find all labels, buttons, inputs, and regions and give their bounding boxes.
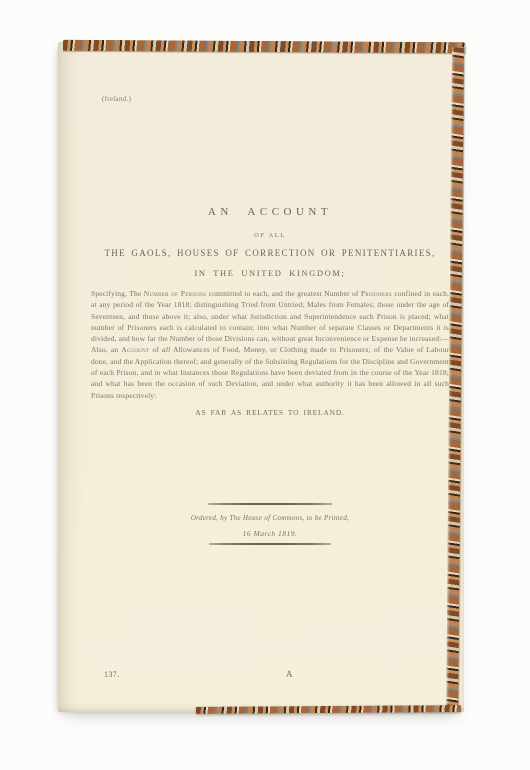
photo-background: (Ireland.) AN ACCOUNT OF ALL THE GAOLS, …: [0, 0, 530, 770]
body-segment-smallcaps: Number of Persons: [144, 289, 206, 298]
body-segment-smallcaps: Prisoners: [361, 289, 392, 298]
title-line-1: AN ACCOUNT: [91, 206, 449, 218]
signature-mark: A: [286, 669, 293, 679]
body-paragraph: Specifying, The Number of Persons commit…: [91, 288, 449, 401]
text-column: AN ACCOUNT OF ALL THE GAOLS, HOUSES OF C…: [91, 42, 449, 712]
swelled-rule-bottom: [209, 543, 331, 545]
body-segment-smallcaps: Account: [121, 345, 149, 354]
swelled-rule-top: [208, 503, 332, 505]
imprint-date-line: 16 March 1819.: [91, 529, 449, 538]
scope-line: AS FAR AS RELATES TO IRELAND.: [91, 408, 449, 417]
body-segment: of: [149, 345, 162, 354]
book-title-page: (Ireland.) AN ACCOUNT OF ALL THE GAOLS, …: [58, 42, 464, 712]
title-line-4: IN THE UNITED KINGDOM;: [91, 268, 449, 278]
paper-number: 137.: [104, 670, 120, 679]
body-segment: Specifying, The: [91, 289, 144, 298]
title-line-2: OF ALL: [91, 232, 449, 239]
body-segment: committed to each, and the greatest Numb…: [206, 289, 361, 298]
imprint-order-line: Ordered, by The House of Commons, to be …: [91, 514, 449, 522]
title-line-3: THE GAOLS, HOUSES OF CORRECTION OR PENIT…: [91, 248, 449, 258]
